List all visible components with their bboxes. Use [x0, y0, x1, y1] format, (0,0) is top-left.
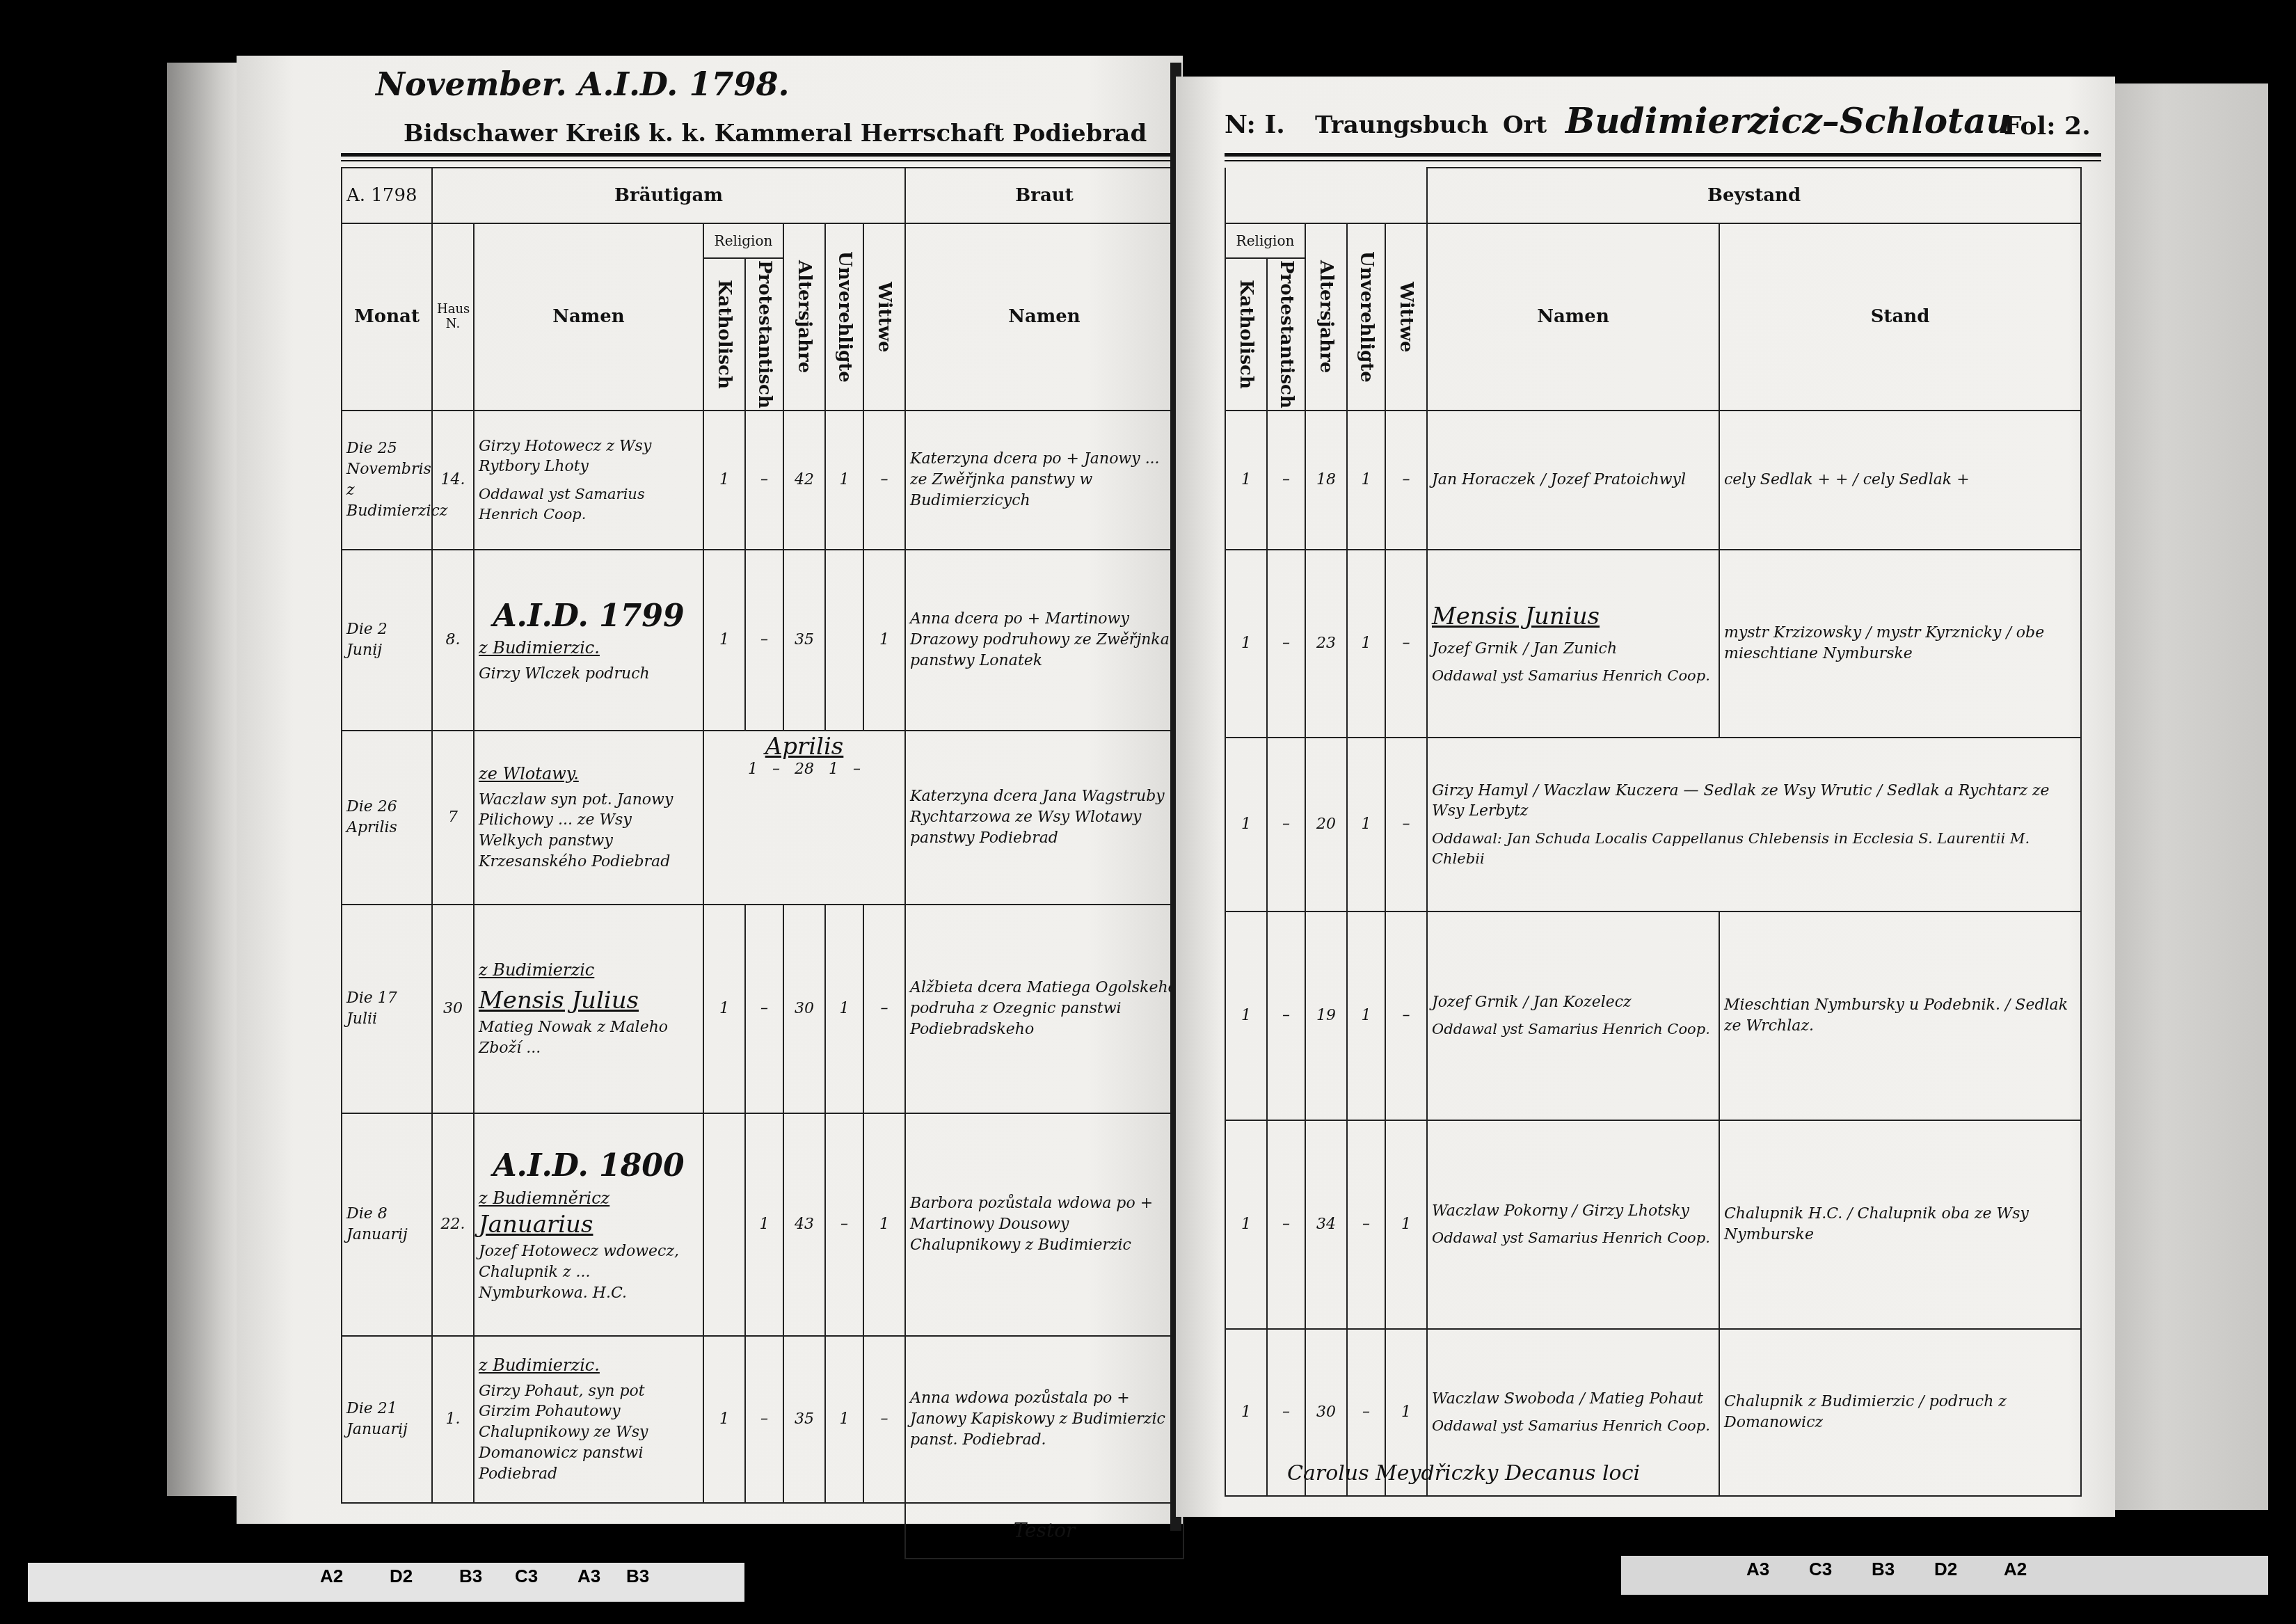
col-unverehligte: Unverehligte [1347, 223, 1385, 411]
entry-kath: 1 [703, 905, 745, 1113]
witness-stand: Chalupnik z Budimierzic / podruch z Doma… [1719, 1329, 2081, 1496]
entry-kath: 1 [1225, 911, 1267, 1120]
entry-wit: 1 [1385, 1120, 1427, 1329]
entry-kath: 1 [1225, 1329, 1267, 1496]
witness-stand: cely Sedlak + + / cely Sedlak + [1719, 411, 2081, 550]
ruler-label: D2 [1934, 1559, 1957, 1580]
section-witness: Beystand [1427, 168, 2081, 223]
col-braut-namen: Namen [905, 223, 1183, 411]
entry-date: Die 25 Novembris z Budimierzicz [342, 411, 432, 550]
ruler-label: A2 [2004, 1559, 2027, 1580]
table-row: Die 2 Junij 8. A.I.D. 1799 z Budimierzic… [342, 550, 1183, 731]
section-bride: Braut [905, 168, 1183, 223]
entry-wit: – [1385, 550, 1427, 738]
table-row: Die 8 Januarij 22. A.I.D. 1800 z Budiemn… [342, 1113, 1183, 1336]
entry-kath: 1 [1225, 550, 1267, 738]
entry-wit: – [1385, 411, 1427, 550]
entry-unv: – [1347, 1120, 1385, 1329]
place-subheading: z Budiemněricz [479, 1188, 609, 1208]
witness-names: Waczlaw Pokorny / Girzy Lhotsky [1432, 1202, 1689, 1220]
entry-haus: 22. [432, 1113, 474, 1336]
entry-date: Die 8 Januarij [342, 1113, 432, 1336]
table-row: 1 – 19 1 – Jozef Grnik / Jan Kozelecz Od… [1225, 911, 2081, 1120]
col-protestantisch: Protestantisch [1267, 258, 1305, 411]
col-katholisch: Katholisch [1225, 258, 1267, 411]
entry-kath: 1 [1225, 1120, 1267, 1329]
entry-groom: ze Wlotawy. Waczlaw syn pot. Janowy Pili… [474, 731, 703, 905]
col-witness-stand: Stand [1719, 223, 2081, 411]
col-witness-namen: Namen [1427, 223, 1719, 411]
entry-prot: – [1267, 911, 1305, 1120]
entry-haus: 30 [432, 905, 474, 1113]
month-heading: Aprilis [765, 733, 844, 761]
year-band-1800: A.I.D. 1800 [479, 1145, 699, 1186]
place-subheading: ze Wlotawy. [479, 763, 699, 785]
entry-unv: 1 [825, 411, 863, 550]
entry-unv: 1 [829, 761, 838, 778]
ruler-label: B3 [459, 1566, 482, 1587]
entry-age: 34 [1305, 1120, 1347, 1329]
entry-kath: 1 [748, 761, 758, 778]
table-row: Die 26 Aprilis 7 ze Wlotawy. Waczlaw syn… [342, 731, 1183, 905]
ruler-label: C3 [515, 1566, 538, 1587]
book-edge-left [167, 63, 244, 1496]
entry-haus: 7 [432, 731, 474, 905]
col-namen: Namen [474, 223, 703, 411]
register-table-left: A. 1798 Bräutigam Braut Monat Haus N. Na… [341, 167, 1184, 1559]
entry-groom: Girzy Hotowecz z Wsy Rytbory Lhoty Oddaw… [474, 411, 703, 550]
groom-name: Girzy Pohaut, syn pot Girzim Pohautowy C… [479, 1383, 648, 1483]
groom-name: Matieg Nowak z Maleho Zboží ... [479, 1019, 668, 1057]
entry-kath: 1 [703, 411, 745, 550]
entry-groom: z Budimierzic Mensis Julius Matieg Nowak… [474, 905, 703, 1113]
entry-unv [825, 550, 863, 731]
place-subheading: z Budimierzic. [479, 1354, 699, 1376]
month-heading: Mensis Junius [1432, 601, 1714, 633]
table-row: Die 17 Julii 30 z Budimierzic Mensis Jul… [342, 905, 1183, 1113]
left-page-title: November. A.I.D. 1798. [376, 65, 789, 103]
place-subheading: z Budimierzic. [479, 637, 699, 659]
table-row: Die 25 Novembris z Budimierzicz 14. Girz… [342, 411, 1183, 550]
month-heading: Mensis Julius [479, 987, 639, 1014]
entry-prot: – [745, 905, 783, 1113]
book-flyleaf-right [2094, 83, 2268, 1510]
left-page: November. A.I.D. 1798. Bidschawer Kreiß … [237, 56, 1183, 1524]
entry-unv: 1 [1347, 911, 1385, 1120]
witness-cell: Girzy Hamyl / Waczlaw Kuczera — Sedlak z… [1427, 738, 2081, 911]
groom-name: Girzy Wlczek podruch [479, 665, 650, 683]
entry-unv: – [825, 1113, 863, 1336]
entry-age: 18 [1305, 411, 1347, 550]
entry-wit: – [863, 905, 905, 1113]
officiant-note: Oddawal: Jan Schuda Localis Cappellanus … [1432, 829, 2076, 868]
header-double-rule [1225, 153, 2101, 161]
col-katholisch: Katholisch [703, 258, 745, 411]
entry-age: 35 [783, 1336, 825, 1503]
ruler-label: A3 [577, 1566, 600, 1587]
col-haus: Haus N. [432, 223, 474, 411]
dean-signature: Carolus Meydřiczky Decanus loci [1287, 1461, 1640, 1486]
officiant-note: Oddawal yst Samarius Henrich Coop. [1432, 1019, 1714, 1039]
entry-prot: – [1267, 738, 1305, 911]
entry-age: 19 [1305, 911, 1347, 1120]
entry-wit: – [863, 1336, 905, 1503]
col-wittwe: Wittwe [863, 223, 905, 411]
officiant-note: Oddawal yst Samarius Henrich Coop. [1432, 1228, 1714, 1248]
col-monat: Monat [342, 223, 432, 411]
entry-wit: – [863, 411, 905, 550]
entry-wit: – [1385, 911, 1427, 1120]
ruler-label: A3 [1746, 1559, 1769, 1580]
ruler-label: D2 [390, 1566, 413, 1587]
witness-cell: Jozef Grnik / Jan Kozelecz Oddawal yst S… [1427, 911, 1719, 1120]
book-title: Traungsbuch [1315, 111, 1488, 139]
groom-name: Waczlaw syn pot. Janowy Pilichowy ... ze… [479, 791, 673, 870]
entry-date: Die 17 Julii [342, 905, 432, 1113]
month-heading: Januarius [479, 1211, 593, 1239]
ruler-label: B3 [626, 1566, 649, 1587]
corner-year-label: A. 1798 [342, 168, 432, 223]
witness-cell: Mensis Junius Jozef Grnik / Jan Zunich O… [1427, 550, 1719, 738]
col-protestantisch: Protestantisch [745, 258, 783, 411]
witness-cell: Waczlaw Pokorny / Girzy Lhotsky Oddawal … [1427, 1120, 1719, 1329]
place-name: Budimierzicz–Schlotau [1565, 100, 2011, 141]
entry-wit: 1 [863, 550, 905, 731]
left-page-subtitle: Bidschawer Kreiß k. k. Kammeral Herrscha… [404, 120, 1147, 148]
witness-names: Jozef Grnik / Jan Kozelecz [1432, 994, 1632, 1011]
table-row: 1 – 34 – 1 Waczlaw Pokorny / Girzy Lhots… [1225, 1120, 2081, 1329]
entry-prot: – [745, 1336, 783, 1503]
witness-stand: Mieschtian Nymbursky u Podebnik. / Sedla… [1719, 911, 2081, 1120]
entry-unv: 1 [1347, 411, 1385, 550]
entry-groom: A.I.D. 1799 z Budimierzic. Girzy Wlczek … [474, 550, 703, 731]
entry-bride: Katerzyna dcera po + Janowy ... ze Zwěřj… [905, 411, 1183, 550]
entry-groom: A.I.D. 1800 z Budiemněricz Januarius Joz… [474, 1113, 703, 1336]
col-unverehligte: Unverehligte [825, 223, 863, 411]
entry-bride: Anna wdowa pozůstala po + Janowy Kapisko… [905, 1336, 1183, 1503]
right-page: N: I. Traungsbuch Ort Budimierzicz–Schlo… [1176, 77, 2115, 1517]
entry-bride: Katerzyna dcera Jana Wagstruby Rychtarzo… [905, 731, 1183, 905]
entry-prot: – [1267, 1120, 1305, 1329]
entry-age: 43 [783, 1113, 825, 1336]
ruler-label: C3 [1809, 1559, 1832, 1580]
groom-name: Girzy Hotowecz z Wsy Rytbory Lhoty [479, 438, 651, 476]
entry-bride: Alžbieta dcera Matiega Ogolskeho podruha… [905, 905, 1183, 1113]
entry-age: 20 [1305, 738, 1347, 911]
col-altersjahre: Altersjahre [1305, 223, 1347, 411]
table-row: 1 – 18 1 – Jan Horaczek / Jozef Pratoich… [1225, 411, 2081, 550]
place-label: Ort [1503, 111, 1547, 139]
entry-kath [703, 1113, 745, 1336]
entry-unv: 1 [825, 905, 863, 1113]
table-row: 1 – 23 1 – Mensis Junius Jozef Grnik / J… [1225, 550, 2081, 738]
witness-names: Jan Horaczek / Jozef Pratoichwyl [1427, 411, 1719, 550]
year-band-1799: A.I.D. 1799 [479, 596, 699, 637]
entry-kath: 1 [703, 550, 745, 731]
ruler-label: B3 [1872, 1559, 1895, 1580]
entry-haus: 8. [432, 550, 474, 731]
table-row: 1 – 20 1 – Girzy Hamyl / Waczlaw Kuczera… [1225, 738, 2081, 911]
entry-kath: 1 [1225, 738, 1267, 911]
col-religion: Religion [703, 223, 783, 258]
entry-prot: 1 [745, 1113, 783, 1336]
entry-haus: 14. [432, 411, 474, 550]
entry-date: Die 2 Junij [342, 550, 432, 731]
entry-stats: Aprilis 1 – 28 1 – [703, 731, 905, 905]
entry-unv: 1 [1347, 550, 1385, 738]
entry-haus: 1. [432, 1336, 474, 1503]
blank-header [1225, 168, 1427, 223]
entry-wit: 1 [863, 1113, 905, 1336]
register-number: N: I. [1225, 110, 1285, 139]
col-wittwe: Wittwe [1385, 223, 1427, 411]
entry-prot: – [1267, 550, 1305, 738]
entry-bride: Anna dcera po + Martinowy Drazowy podruh… [905, 550, 1183, 731]
ruler-label: A2 [320, 1566, 343, 1587]
officiant-note: Oddawal yst Samarius Henrich Coop. [1432, 1416, 1714, 1435]
section-groom: Bräutigam [432, 168, 905, 223]
officiant-note: Oddawal yst Samarius Henrich Coop. [479, 484, 699, 524]
witness-stand: Chalupnik H.C. / Chalupnik oba ze Wsy Ny… [1719, 1120, 2081, 1329]
header-double-rule [341, 153, 1183, 161]
entry-unv: 1 [1347, 738, 1385, 911]
film-ruler-left: A2 D2 B3 C3 A3 B3 [28, 1563, 744, 1602]
entry-age: 28 [795, 761, 814, 778]
table-row-footer: Testor [342, 1503, 1183, 1559]
entry-prot: – [772, 761, 780, 778]
entry-bride: Barbora pozůstala wdowa po + Martinowy D… [905, 1113, 1183, 1336]
entry-kath: 1 [1225, 411, 1267, 550]
groom-name: Jozef Hotowecz wdowecz, Chalupnik z ... … [479, 1243, 679, 1301]
table-row: Die 21 Januarij 1. z Budimierzic. Girzy … [342, 1336, 1183, 1503]
col-religion: Religion [1225, 223, 1305, 258]
officiant-note: Oddawal yst Samarius Henrich Coop. [1432, 666, 1714, 685]
film-ruler-right: A3 C3 B3 D2 A2 [1621, 1556, 2268, 1595]
entry-age: 23 [1305, 550, 1347, 738]
entry-wit: – [1385, 738, 1427, 911]
witness-stand: mystr Krzizowsky / mystr Kyrznicky / obe… [1719, 550, 2081, 738]
entry-prot: – [1267, 411, 1305, 550]
witness-names: Waczlaw Swoboda / Matieg Pohaut [1432, 1390, 1703, 1408]
testor-signature: Testor [905, 1503, 1183, 1559]
entry-prot: – [745, 550, 783, 731]
entry-age: 35 [783, 550, 825, 731]
entry-age: 30 [783, 905, 825, 1113]
entry-date: Die 26 Aprilis [342, 731, 432, 905]
entry-unv: 1 [825, 1336, 863, 1503]
entry-prot: – [745, 411, 783, 550]
witness-names: Girzy Hamyl / Waczlaw Kuczera [1432, 782, 1679, 799]
witness-names: Jozef Grnik / Jan Zunich [1432, 640, 1617, 658]
col-altersjahre: Altersjahre [783, 223, 825, 411]
entry-date: Die 21 Januarij [342, 1336, 432, 1503]
entry-age: 42 [783, 411, 825, 550]
register-table-right: Beystand Religion Altersjahre Unverehlig… [1225, 167, 2082, 1497]
entry-kath: 1 [703, 1336, 745, 1503]
entry-wit: – [853, 761, 861, 778]
entry-groom: z Budimierzic. Girzy Pohaut, syn pot Gir… [474, 1336, 703, 1503]
place-subheading: z Budimierzic [479, 959, 699, 981]
folio-number: Fol: 2. [2004, 111, 2091, 141]
